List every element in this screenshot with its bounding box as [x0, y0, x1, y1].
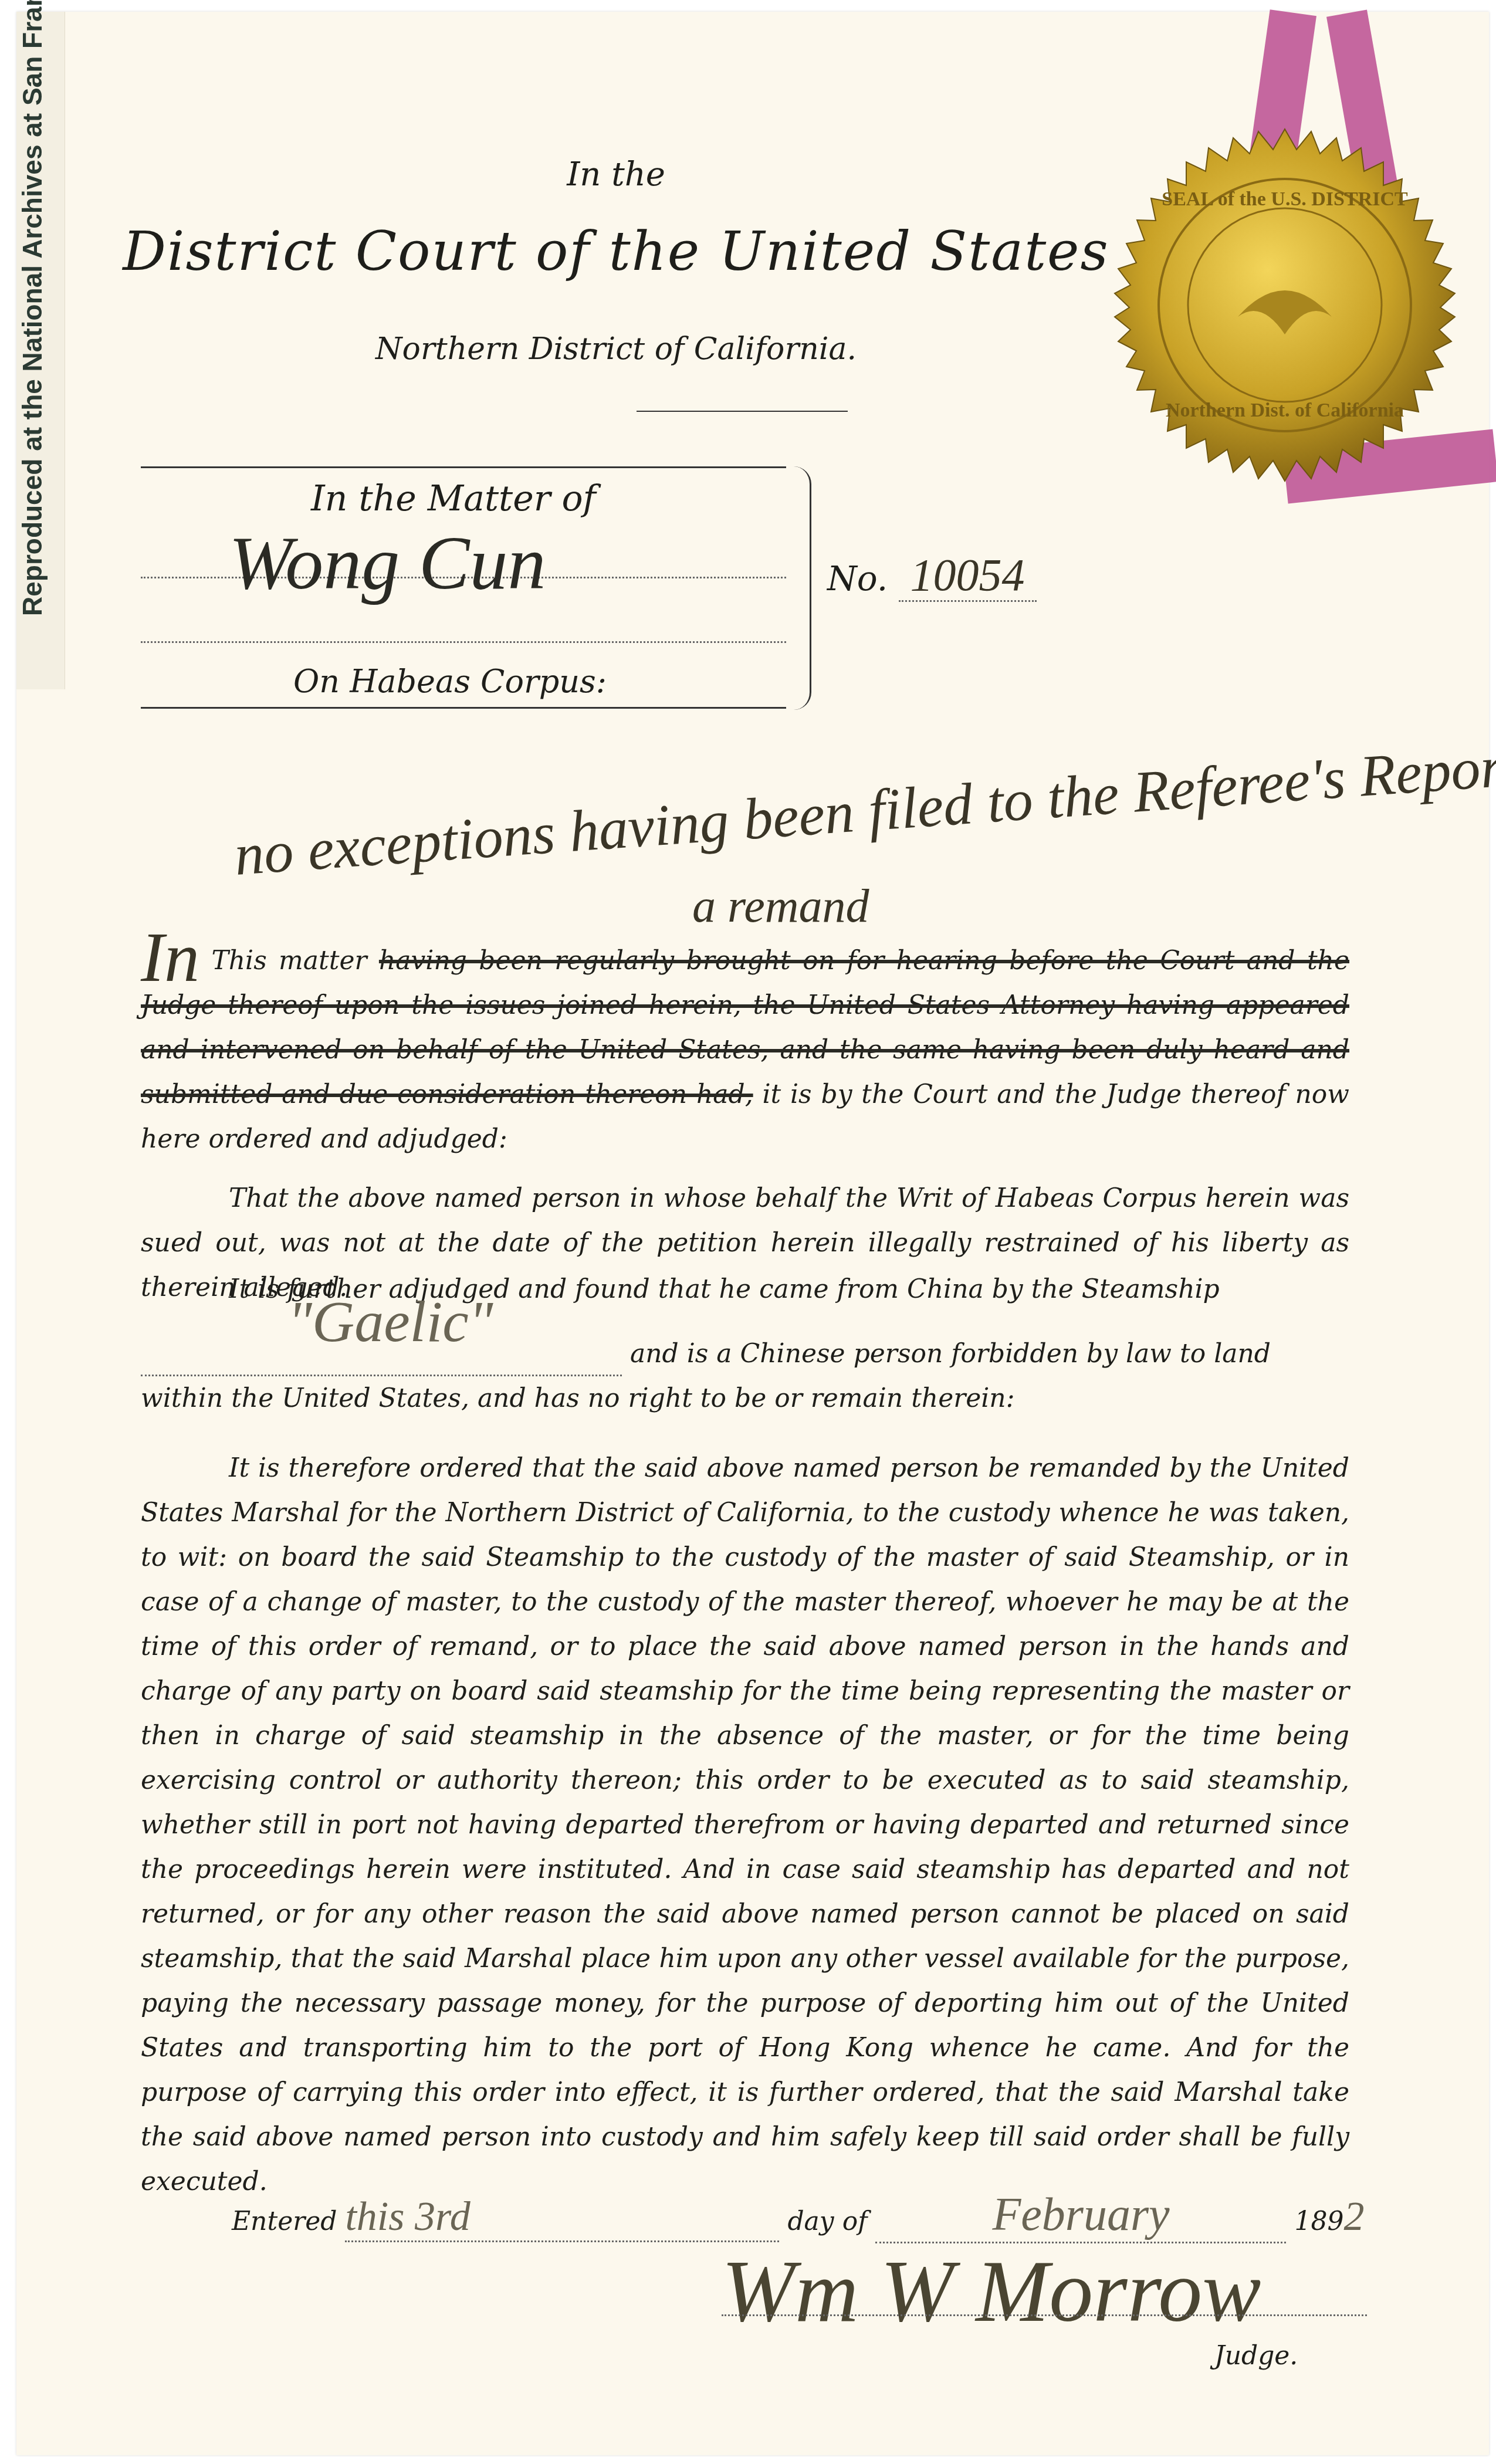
archive-label: Reproduced at the National Archives at S…	[16, 29, 48, 616]
entered-label: Entered	[232, 2206, 337, 2236]
signature-line	[722, 2314, 1367, 2316]
year-suffix: 2	[1343, 2194, 1364, 2239]
caption-rule-top	[141, 466, 786, 468]
case-number-value: 10054	[899, 549, 1037, 602]
handwritten-insert-2: a remand	[692, 880, 869, 933]
judge-signature: Wm W Morrow	[722, 2241, 1261, 2342]
court-title: District Court of the United States	[0, 220, 1232, 283]
in-the-matter-of-label: In the Matter of	[311, 478, 596, 519]
opening-text: This matter	[211, 946, 367, 976]
case-caption: In the Matter of Wong Cun On Habeas Corp…	[141, 466, 804, 725]
entry-line: Entered this 3rd day of February 1892	[232, 2188, 1464, 2243]
header-in-the: In the	[0, 155, 1232, 194]
ornamental-rule	[637, 411, 848, 412]
svg-text:Northern Dist. of California: Northern Dist. of California	[1166, 400, 1404, 421]
court-seal: SEAL of the U.S. DISTRICT Northern Dist.…	[1085, 111, 1490, 522]
entry-day: this 3rd	[345, 2194, 779, 2242]
caption-rule-bottom	[141, 707, 786, 709]
dropcap: In	[141, 918, 199, 996]
seal-icon: SEAL of the U.S. DISTRICT Northern Dist.…	[1103, 123, 1467, 487]
paragraph-3: It is therefore ordered that the said ab…	[141, 1446, 1349, 2204]
caption-dotline	[141, 641, 786, 643]
order-opening: In This matter having been regularly bro…	[141, 939, 1349, 1162]
year-prefix: 189	[1294, 2206, 1343, 2236]
caption-brace	[786, 466, 811, 710]
steamship-line: "Gaelic" and is a Chinese person forbidd…	[141, 1332, 1349, 1421]
judge-label: Judge.	[1214, 2341, 1298, 2371]
day-of-label: day of	[787, 2206, 867, 2236]
steamship-blank	[141, 1351, 622, 1376]
habeas-corpus-label: On Habeas Corpus:	[293, 663, 607, 700]
petitioner-name: Wong Cun	[229, 519, 546, 607]
steamship-name: "Gaelic"	[287, 1299, 493, 1344]
district-name: Northern District of California.	[0, 331, 1232, 367]
entry-month: February	[875, 2188, 1286, 2243]
svg-text:SEAL of the U.S. DISTRICT: SEAL of the U.S. DISTRICT	[1162, 188, 1408, 210]
case-number: No. 10054	[827, 549, 1037, 601]
case-number-label: No.	[827, 559, 888, 598]
